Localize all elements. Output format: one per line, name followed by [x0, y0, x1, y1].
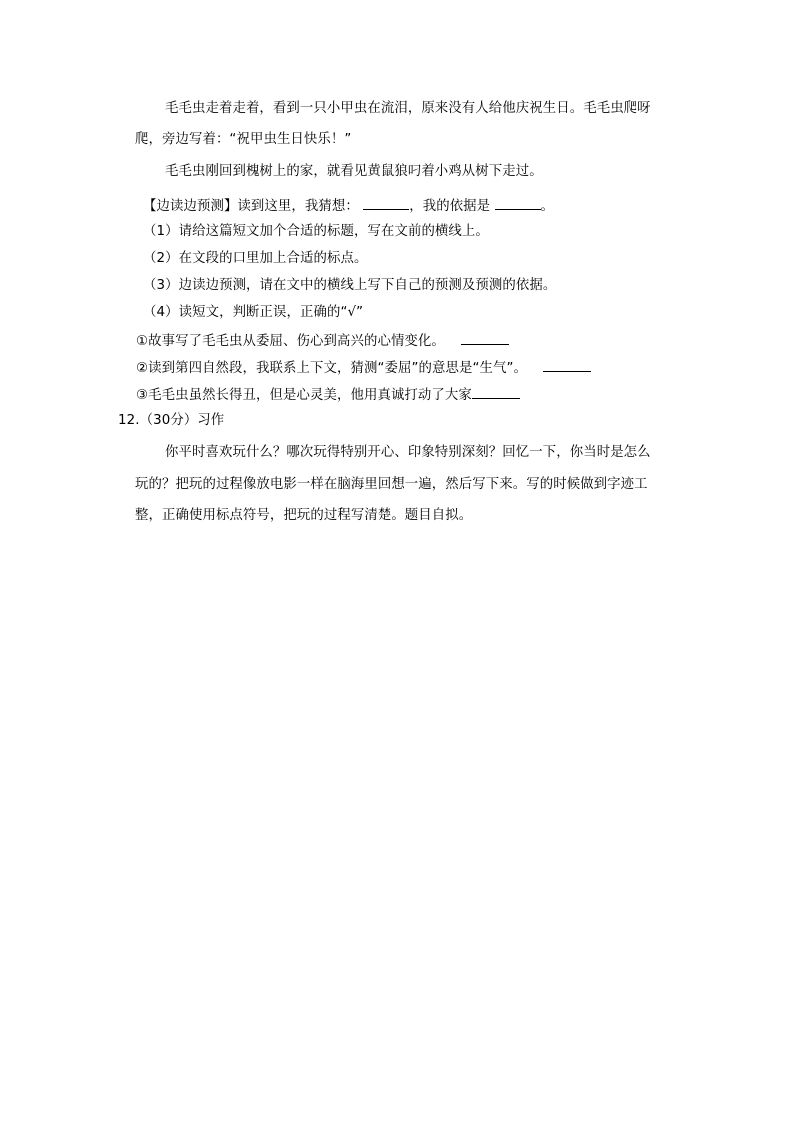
judgement-1: ①故事写了毛毛虫从委屈、伤心到高兴的心情变化。 [136, 332, 509, 350]
question-4: （4）读短文，判断正误，正确的“√” [143, 305, 363, 321]
judgement-mark: ② [136, 361, 148, 376]
essay-prompt-line2: 玩的？把玩的过程像放电影一样在脑海里回想一遍，然后写下来。写的时候做到字迹工 [135, 477, 648, 493]
judgement-3: ③毛毛虫虽然长得丑，但是心灵美，他用真诚打动了大家 [136, 386, 520, 404]
judgement-text: 毛毛虫虽然长得丑，但是心灵美，他用真诚打动了大家 [148, 388, 472, 403]
answer-blank[interactable] [543, 359, 591, 372]
question-1: （1）请给这篇短文加个合适的标题，写在文前的横线上。 [143, 224, 489, 240]
question-number: （3） [143, 278, 179, 293]
prediction-text-a: 读到这里，我猜想： [237, 199, 358, 214]
judgement-text: 读到第四自然段，我联系上下文，猜测“委屈”的意思是“生气”。 [148, 361, 527, 376]
question-text: 边读边预测，请在文中的横线上写下自己的预测及预测的依据。 [179, 278, 557, 293]
question-3: （3）边读边预测，请在文中的横线上写下自己的预测及预测的依据。 [143, 278, 556, 294]
guess-blank[interactable] [363, 197, 409, 210]
question-number: （2） [143, 251, 179, 266]
judgement-mark: ③ [136, 388, 148, 403]
judgement-2: ②读到第四自然段，我联系上下文，猜测“委屈”的意思是“生气”。 [136, 359, 591, 377]
question-text: 请给这篇短文加个合适的标题，写在文前的横线上。 [179, 224, 489, 239]
question-text: 读短文，判断正误，正确的“√” [179, 305, 364, 320]
question-text: 在文段的口里加上合适的标点。 [179, 251, 368, 266]
prediction-label: 【边读边预测】 [143, 199, 237, 214]
question-number: （1） [143, 224, 179, 239]
section-12-header: 12.（30分）习作 [118, 413, 224, 429]
passage-para2: 毛毛虫刚回到槐树上的家，就看见黄鼠狼叼着小鸡从树下走过。 [165, 164, 543, 180]
judgement-text: 故事写了毛毛虫从委屈、伤心到高兴的心情变化。 [148, 334, 445, 349]
prediction-text-b: ，我的依据是 [409, 199, 490, 214]
basis-blank[interactable] [495, 197, 541, 210]
passage-para1-line1: 毛毛虫走着走着，看到一只小甲虫在流泪，原来没有人给他庆祝生日。毛毛虫爬呀 [165, 101, 651, 117]
question-2: （2）在文段的口里加上合适的标点。 [143, 251, 367, 267]
answer-blank[interactable] [461, 332, 509, 345]
prediction-text-c: 。 [541, 199, 555, 214]
prediction-prompt: 【边读边预测】读到这里，我猜想： ，我的依据是 。 [143, 197, 554, 215]
essay-prompt-line3: 整，正确使用标点符号，把玩的过程写清楚。题目自拟。 [135, 508, 472, 524]
essay-prompt-line1: 你平时喜欢玩什么？哪次玩得特别开心、印象特别深刻？回忆一下，你当时是怎么 [165, 445, 651, 461]
question-number: （4） [143, 305, 179, 320]
answer-blank[interactable] [472, 386, 520, 399]
judgement-mark: ① [136, 334, 148, 349]
passage-para1-line2: 爬，旁边写着：“祝甲虫生日快乐！” [135, 132, 351, 148]
